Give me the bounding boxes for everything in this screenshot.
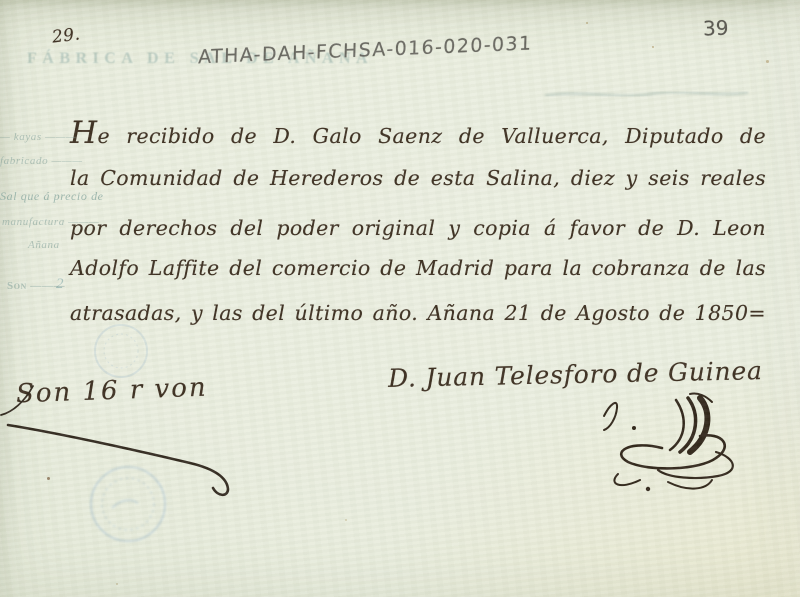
- body-line-4: Adolfo Laffite del comercio de Madrid pa…: [70, 251, 766, 285]
- paper-speckle: [766, 60, 769, 63]
- margin-ghost-line: fabricado ———: [0, 155, 83, 167]
- ghost-handwriting-smudge: [545, 92, 748, 96]
- body-line-2: la Comunidad de Herederos de esta Salina…: [70, 161, 766, 195]
- paper-speckle: [47, 477, 50, 480]
- margin-ghost-line: manufactura ———: [2, 216, 99, 228]
- margin-ghost-amount: 2: [56, 276, 64, 293]
- signature-name: D. Juan Telesforo de Guinea: [388, 356, 763, 393]
- scanned-receipt-page: FÁBRICA DE SAL DE AÑANA 29. 39 ATHA-DAH-…: [0, 0, 800, 597]
- paper-speckle: [116, 583, 118, 585]
- body-line-1: He recibido de D. Galo Saenz de Valluerc…: [70, 116, 766, 153]
- margin-ghost-line: Sal que á precio de: [0, 189, 104, 204]
- blue-stamp-middle: [95, 325, 147, 377]
- paper-speckle: [345, 519, 347, 521]
- body-line-3: por derechos del poder original y copia …: [70, 211, 766, 245]
- margin-ghost-line: Añana: [28, 239, 60, 251]
- folio-number-right: 39: [703, 16, 729, 41]
- paper-speckle: [586, 22, 588, 24]
- signature-rubric: [604, 393, 733, 491]
- folio-number-left: 29.: [51, 24, 81, 47]
- margin-ghost-line: — kayas ———: [0, 131, 76, 143]
- blue-stamp-bottom: [91, 467, 165, 541]
- body-line-5: atrasadas, y las del último año. Añana 2…: [70, 296, 766, 330]
- paper-speckle: [652, 46, 654, 48]
- amount-line: Son 16 r von: [16, 373, 209, 410]
